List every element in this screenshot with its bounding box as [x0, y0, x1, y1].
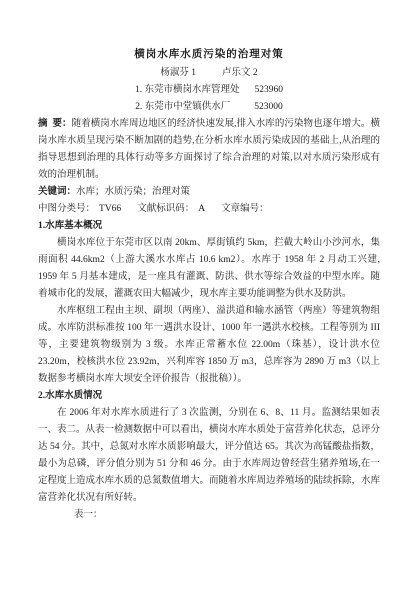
affiliation-2: 2. 东莞市中堂镇供水厂523000 — [38, 99, 380, 116]
section-2-paragraph-1: 在 2006 年对水库水质进行了 3 次监测，分别在 6、8、11 月。监测结果… — [38, 405, 380, 507]
affiliation-1: 1. 东莞市横岗水库管理处523960 — [38, 82, 380, 99]
section-2-heading: 2.水库水质情况 — [38, 388, 380, 405]
doc-code-label: 文献标识码： — [137, 204, 194, 214]
affiliation-1-name: 1. 东莞市横岗水库管理处 — [135, 85, 240, 95]
section-1-paragraph-1: 横岗水库位于东莞市区以南 20km、厚街镇约 5km，拦截大岭山小沙河水，集雨面… — [38, 235, 380, 303]
abstract-text: 随着横岗水库周边地区的经济快速发展,排入水库的污染物也逐年增大。横岗水库水质呈现… — [38, 119, 380, 180]
author-1: 杨淑芬 1 — [160, 68, 196, 78]
document-page: 横岗水库水质污染的治理对策 杨淑芬 1卢乐文 2 1. 东莞市横岗水库管理处52… — [0, 0, 417, 590]
section-1-paragraph-2: 水库枢纽工程由主坝、副坝（两座）、溢洪道和输水涵管（两座）等建筑物组成。水库防洪… — [38, 303, 380, 388]
clc-value: TV66 — [99, 204, 121, 214]
document-title: 横岗水库水质污染的治理对策 — [38, 46, 380, 63]
classification-line: 中图分类号：TV66文献标识码：A文章编号： — [38, 201, 380, 218]
clc-label: 中图分类号： — [38, 204, 95, 214]
author-2: 卢乐文 2 — [222, 68, 258, 78]
section-1-heading: 1.水库基本概况 — [38, 218, 380, 235]
table-one-caption: 表一： — [38, 507, 380, 524]
affiliation-2-name: 2. 东莞市中堂镇供水厂 — [135, 102, 230, 112]
keywords-text: 水库；水质污染；治理对策 — [76, 187, 190, 197]
keywords-label: 关键词： — [38, 187, 76, 197]
abstract-paragraph: 摘 要：随着横岗水库周边地区的经济快速发展,排入水库的污染物也逐年增大。横岗水库… — [38, 116, 380, 184]
authors-line: 杨淑芬 1卢乐文 2 — [38, 65, 380, 82]
affiliation-1-postcode: 523960 — [255, 85, 284, 95]
article-id-label: 文章编号： — [221, 204, 269, 214]
keywords-line: 关键词：水库；水质污染；治理对策 — [38, 184, 380, 201]
abstract-label: 摘 要： — [38, 119, 72, 129]
affiliation-2-postcode: 523000 — [254, 102, 283, 112]
doc-code-value: A — [198, 204, 205, 214]
